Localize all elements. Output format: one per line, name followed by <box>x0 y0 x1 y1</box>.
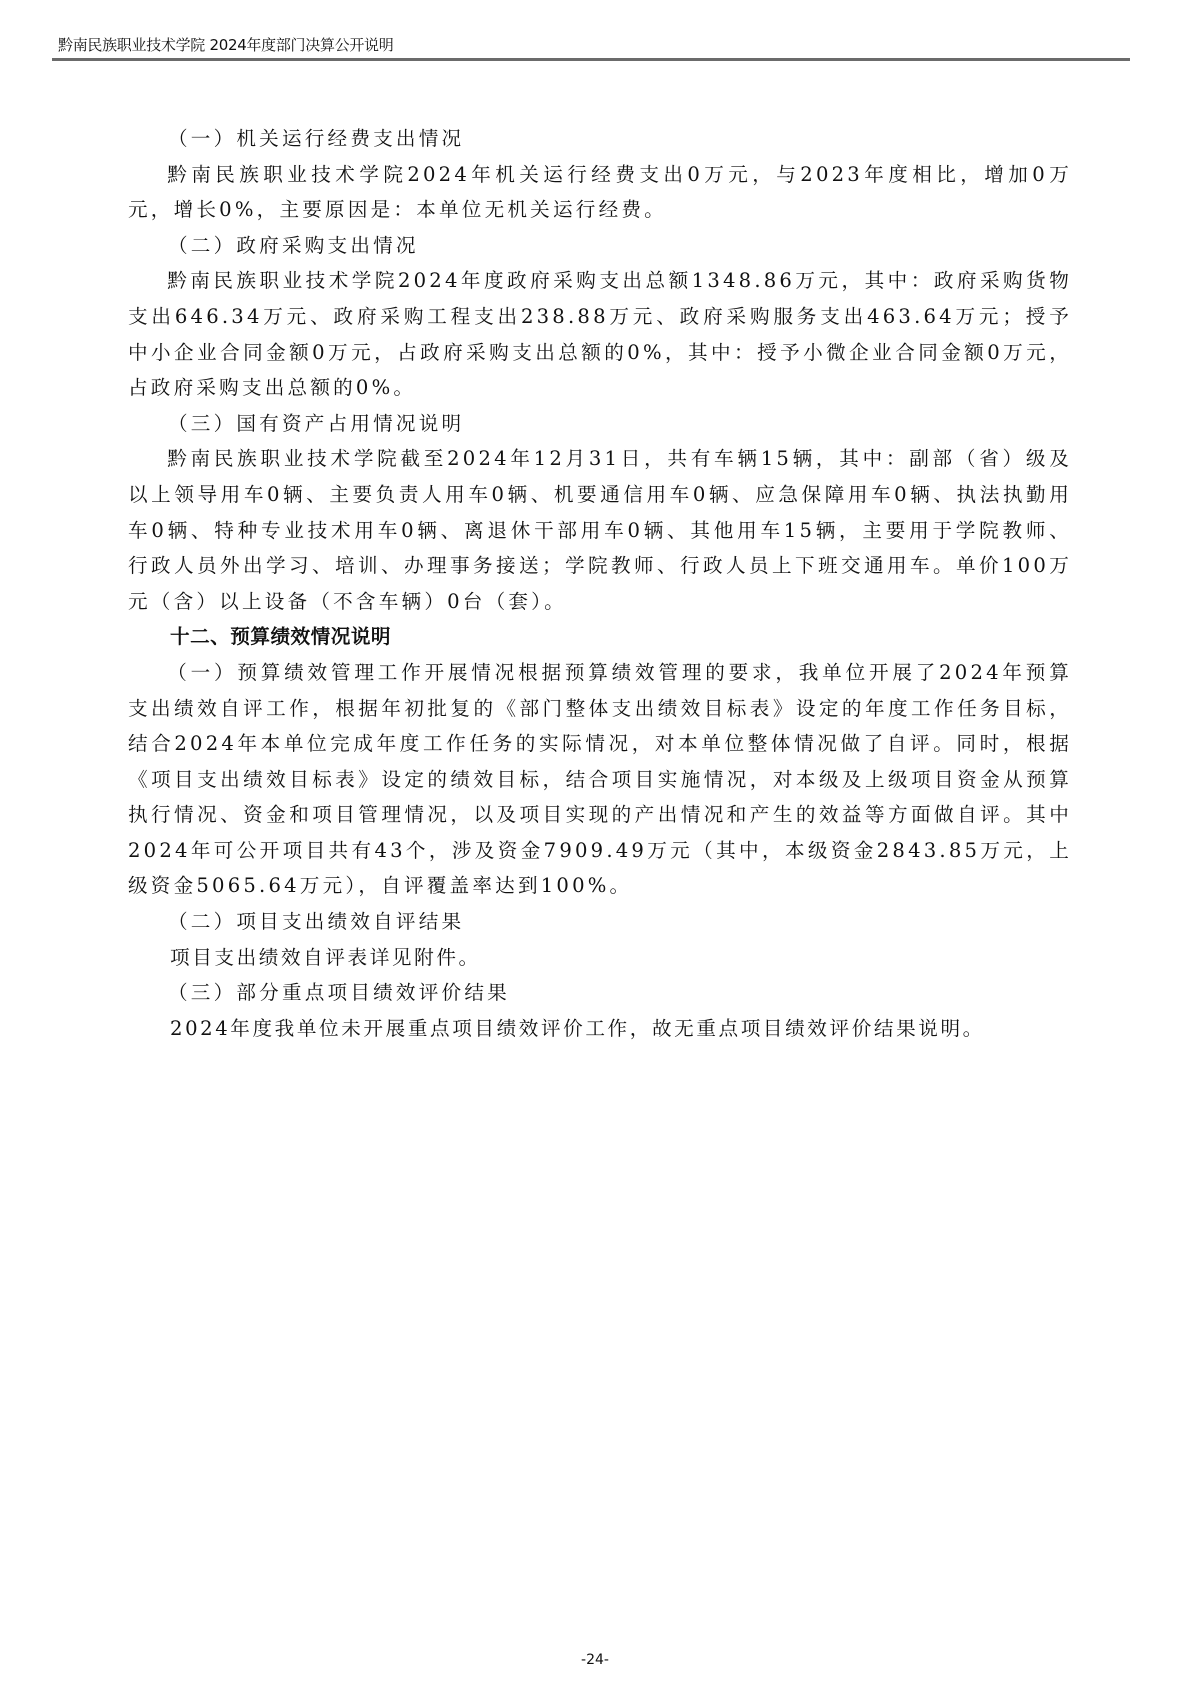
paragraph-performance-management: （一）预算绩效管理工作开展情况根据预算绩效管理的要求，我单位开展了2024年预算… <box>128 655 1072 904</box>
paragraph-procurement: 黔南民族职业技术学院2024年度政府采购支出总额1348.86万元，其中：政府采… <box>128 263 1072 405</box>
page-number: -24- <box>0 1652 1190 1668</box>
paragraph-admin-expenses: 黔南民族职业技术学院2024年机关运行经费支出0万元，与2023年度相比，增加0… <box>128 157 1072 228</box>
document-body: （一）机关运行经费支出情况 黔南民族职业技术学院2024年机关运行经费支出0万元… <box>128 121 1072 1046</box>
section-heading-procurement: （二）政府采购支出情况 <box>128 228 1072 264</box>
paragraph-state-assets: 黔南民族职业技术学院截至2024年12月31日，共有车辆15辆，其中：副部（省）… <box>128 441 1072 619</box>
section-heading-key-projects: （三）部分重点项目绩效评价结果 <box>128 975 1072 1011</box>
section-heading-admin-expenses: （一）机关运行经费支出情况 <box>128 121 1072 157</box>
section-heading-project-self-eval: （二）项目支出绩效自评结果 <box>128 904 1072 940</box>
running-header: 黔南民族职业技术学院 2024年度部门决算公开说明 <box>58 34 393 55</box>
header-divider <box>52 58 1130 61</box>
paragraph-key-projects: 2024年度我单位未开展重点项目绩效评价工作，故无重点项目绩效评价结果说明。 <box>128 1011 1072 1047</box>
section-heading-state-assets: （三）国有资产占用情况说明 <box>128 406 1072 442</box>
paragraph-project-self-eval: 项目支出绩效自评表详见附件。 <box>128 940 1072 976</box>
chapter-heading-performance: 十二、预算绩效情况说明 <box>128 619 1072 655</box>
